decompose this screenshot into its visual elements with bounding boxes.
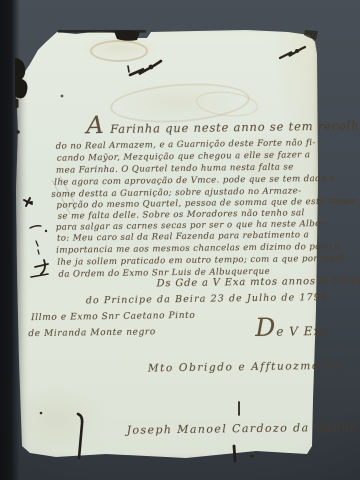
compliment-close: De V Exa [255, 312, 330, 342]
address-line: Illmo e Exmo Snr Caetano Pinto [31, 311, 195, 323]
place-date-line: do Principe da Beira 23 de Julho de 1799 [86, 292, 328, 306]
body-line: to: Meu caro sal da Real Fazenda para re… [57, 230, 309, 244]
body-line: A Farinha que neste anno se tem recolhi- [86, 107, 360, 139]
body-line: mea Farinha. O Quartel tendo huma nesta … [56, 162, 294, 175]
body-line: cando Maÿor, Mezquição que chegou a elle… [57, 150, 311, 164]
courtesy-line: Mto Obrigdo e Afftuozmo Sor [148, 360, 349, 375]
signature: Joseph Manoel Cardozo da Cunha [127, 421, 358, 437]
handwriting-layer: A Farinha que neste anno se tem recolhi-… [0, 0, 360, 480]
body-line: lhe ja sollem praticado em outro tempo; … [57, 254, 347, 268]
address-line: de Miranda Monte negro [28, 327, 156, 339]
photo-backdrop: A Farinha que neste anno se tem recolhi-… [0, 0, 360, 480]
closing-salute-line: Ds Gde a V Exa mtos annos R Forte [157, 275, 360, 289]
